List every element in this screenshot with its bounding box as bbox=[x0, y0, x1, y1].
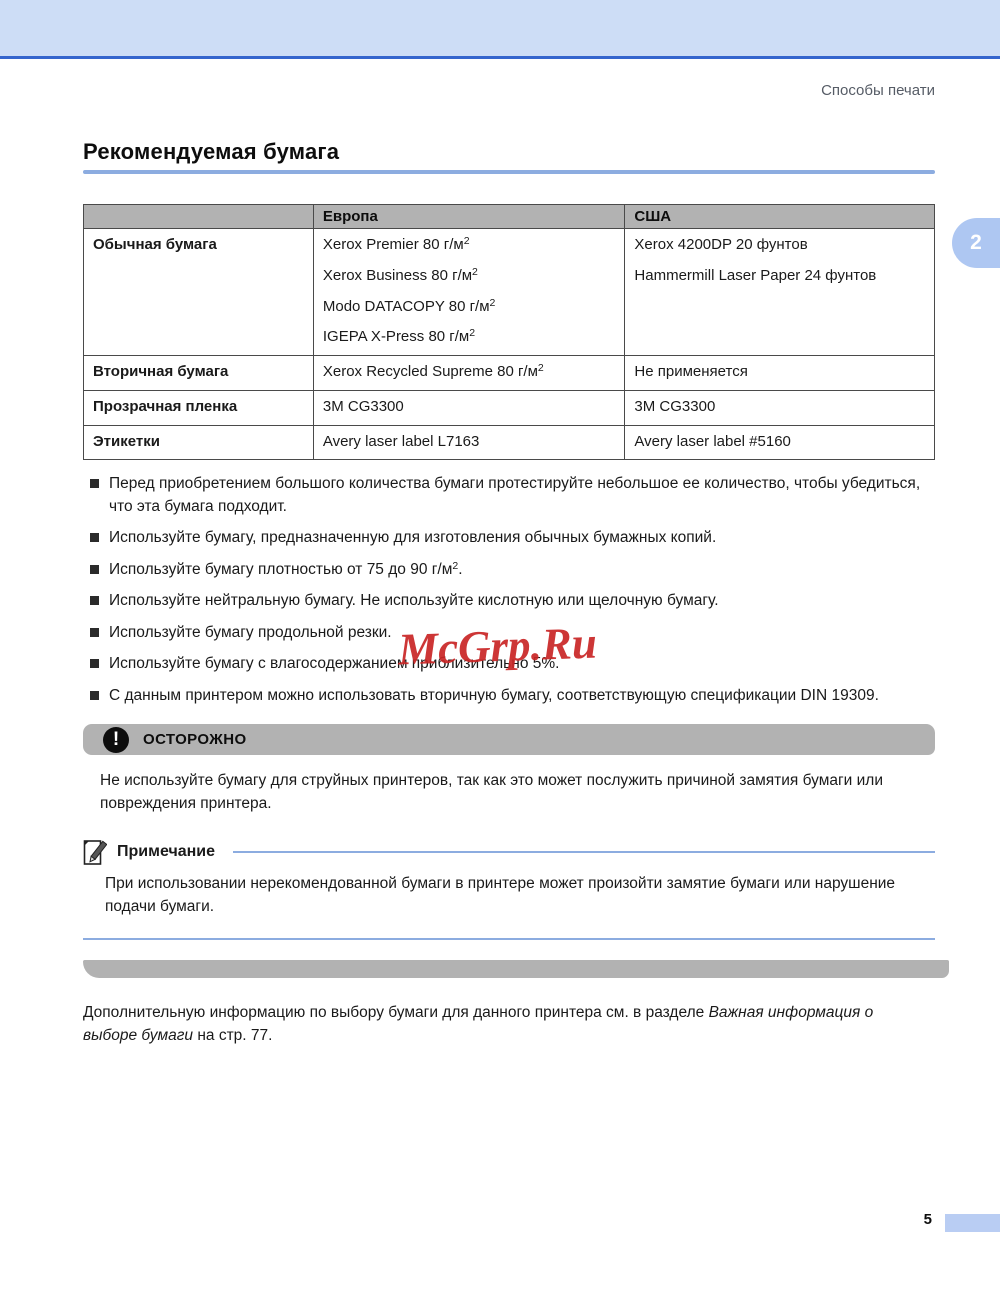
table-header-row: Европа США bbox=[84, 205, 935, 229]
note-header: Примечание bbox=[83, 839, 935, 866]
caution-label: ОСТОРОЖНО bbox=[143, 731, 247, 748]
row-label: Этикетки bbox=[84, 425, 314, 460]
square-bullet-icon bbox=[90, 628, 99, 637]
table-row: Прозрачная пленка3M CG33003M CG3300 bbox=[84, 390, 935, 425]
more-info-paragraph: Дополнительную информацию по выбору бума… bbox=[83, 1001, 880, 1048]
list-item: Используйте бумагу, предназначенную для … bbox=[90, 527, 935, 549]
column-header-blank bbox=[84, 205, 314, 229]
row-label: Вторичная бумага bbox=[84, 356, 314, 391]
cell-europe: 3M CG3300 bbox=[313, 390, 625, 425]
list-item-text: С данным принтером можно использовать вт… bbox=[109, 685, 879, 707]
square-bullet-icon bbox=[90, 691, 99, 700]
list-item: Используйте бумагу плотностью от 75 до 9… bbox=[90, 559, 935, 581]
top-header-band bbox=[0, 0, 1000, 59]
square-bullet-icon bbox=[90, 479, 99, 488]
list-item: С данным принтером можно использовать вт… bbox=[90, 685, 935, 707]
running-header: Способы печати bbox=[0, 82, 935, 99]
chapter-tab: 2 bbox=[952, 218, 1000, 268]
caution-box-header: ! ОСТОРОЖНО bbox=[83, 724, 935, 755]
more-info-suffix: на стр. 77. bbox=[193, 1027, 272, 1044]
note-pencil-icon bbox=[83, 839, 107, 866]
list-item: Используйте бумагу с влагосодержанием пр… bbox=[90, 653, 935, 675]
note-label: Примечание bbox=[117, 843, 215, 861]
cell-usa: Не применяется bbox=[625, 356, 935, 391]
list-item-text: Используйте бумагу, предназначенную для … bbox=[109, 527, 716, 549]
paper-tips-list: Перед приобретением большого количества … bbox=[90, 473, 935, 707]
square-bullet-icon bbox=[90, 533, 99, 542]
page-footer-accent-bar bbox=[945, 1214, 1000, 1232]
table-row: ЭтикеткиAvery laser label L7163Avery las… bbox=[84, 425, 935, 460]
cell-europe: Avery laser label L7163 bbox=[313, 425, 625, 460]
column-header-europe: Европа bbox=[313, 205, 625, 229]
square-bullet-icon bbox=[90, 659, 99, 668]
title-underline bbox=[83, 170, 935, 174]
page-title: Рекомендуемая бумага bbox=[83, 139, 935, 165]
section-separator-rule bbox=[83, 938, 935, 940]
note-text: При использовании нерекомендованной бума… bbox=[105, 872, 930, 919]
cell-usa: Avery laser label #5160 bbox=[625, 425, 935, 460]
exclamation-circle-icon: ! bbox=[103, 727, 129, 753]
note-rule bbox=[233, 851, 935, 853]
paper-table-body: Обычная бумагаXerox Premier 80 г/м2Xerox… bbox=[84, 229, 935, 460]
list-item: Используйте нейтральную бумагу. Не испол… bbox=[90, 590, 935, 612]
chapter-number: 2 bbox=[970, 231, 982, 255]
table-row: Обычная бумагаXerox Premier 80 г/м2Xerox… bbox=[84, 229, 935, 356]
cell-usa: Xerox 4200DP 20 фунтовHammermill Laser P… bbox=[625, 229, 935, 356]
cell-usa: 3M CG3300 bbox=[625, 390, 935, 425]
list-item-text: Используйте бумагу с влагосодержанием пр… bbox=[109, 653, 559, 675]
row-label: Обычная бумага bbox=[84, 229, 314, 356]
more-info-prefix: Дополнительную информацию по выбору бума… bbox=[83, 1004, 709, 1021]
list-item-text: Используйте бумагу продольной резки. bbox=[109, 622, 392, 644]
list-item: Перед приобретением большого количества … bbox=[90, 473, 935, 518]
list-item: Используйте бумагу продольной резки. bbox=[90, 622, 935, 644]
row-label: Прозрачная пленка bbox=[84, 390, 314, 425]
list-item-text: Используйте нейтральную бумагу. Не испол… bbox=[109, 590, 719, 612]
table-row: Вторичная бумагаXerox Recycled Supreme 8… bbox=[84, 356, 935, 391]
column-header-usa: США bbox=[625, 205, 935, 229]
list-item-text: Используйте бумагу плотностью от 75 до 9… bbox=[109, 559, 463, 581]
caution-text: Не используйте бумагу для струйных принт… bbox=[100, 769, 930, 816]
section-end-bar bbox=[83, 960, 949, 978]
list-item-text: Перед приобретением большого количества … bbox=[109, 473, 935, 518]
recommended-paper-table: Европа США Обычная бумагаXerox Premier 8… bbox=[83, 204, 935, 460]
page-number: 5 bbox=[924, 1211, 932, 1228]
cell-europe: Xerox Premier 80 г/м2Xerox Business 80 г… bbox=[313, 229, 625, 356]
cell-europe: Xerox Recycled Supreme 80 г/м2 bbox=[313, 356, 625, 391]
square-bullet-icon bbox=[90, 565, 99, 574]
square-bullet-icon bbox=[90, 596, 99, 605]
